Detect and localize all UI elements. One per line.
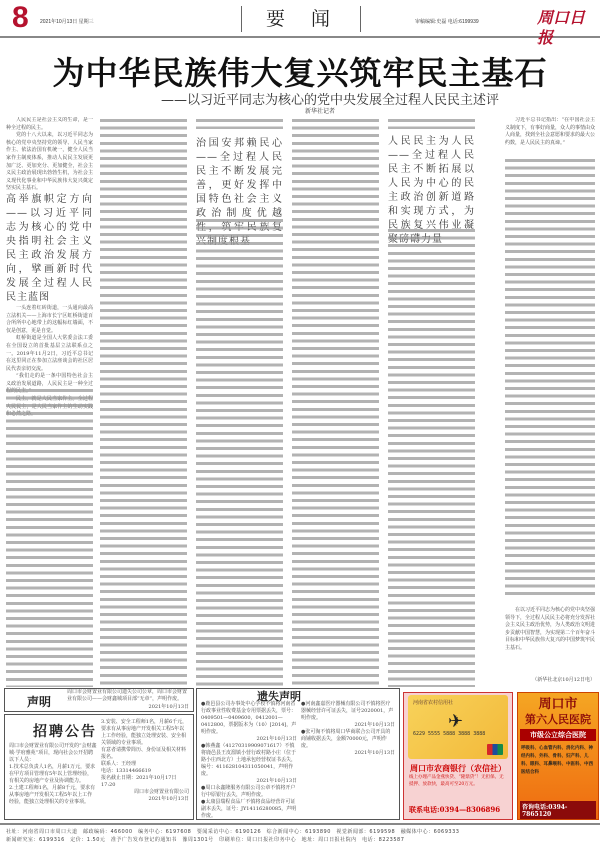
recruitment-item: 2.土建工程师1名，月薪8千元，要求有从事房地产开发相关工程5年以上工作经验，能… [9, 785, 97, 806]
text-block [100, 117, 187, 687]
text-block [196, 117, 283, 129]
recruitment-deadline: 报名截止日期：2021年10月17日17:20 [101, 775, 189, 789]
recruitment-right: 3.安装、安全工程师1名，月薪6千元，要求有从事房地产开发相关工程5年以上工作经… [101, 719, 189, 803]
lost-entry: ●张可淘不慎将周口华商联合公司开具的商铺收据丢失，金额70000元，声明作废。 [301, 729, 395, 750]
statement-date: 2021年10月13日 [149, 704, 189, 711]
lost-notices: 遗失声明 ●鹿邑县公司办事处中心学校不慎将河南省行政事业性收费基金专用票据丢失，… [196, 688, 400, 820]
article-column-4 [292, 117, 379, 687]
statement-body: 周口市会财置业有限公司遗失公司公章，周口市会财置业有限公司——会财鑫城项目部“无… [67, 689, 189, 703]
hospital-departments: 呼吸科、心血管内科、消化内科、神经内科、外科、骨科、妇产科、儿科、眼科、耳鼻喉科… [521, 745, 595, 777]
text-block [196, 217, 283, 687]
bank-name: 周口市农商银行（农信社） [404, 763, 512, 774]
article-title: 为中华民族伟大复兴筑牢民主基石 [0, 48, 600, 94]
editor-info: 审稿编辑:史磊 电话:6199939 [415, 18, 479, 25]
paper-logo: 周口日报 [537, 8, 600, 48]
text-block [388, 227, 475, 687]
text-block [6, 387, 93, 687]
lost-entry: ●鹿邑县公司办事处中心学校不慎将河南省行政事业性收费基金专用票据丢失，票号：04… [201, 701, 297, 736]
paragraph: 习近平总书记指出：“在中国社会主义制度下，有事好商量，众人的事情由众人商量，找到… [505, 117, 595, 147]
recruitment-left: 周口市会财置业有限公司开发的“会财鑫城·学府雅苑”项目，现向社会公开招聘以下人员… [9, 743, 97, 806]
recruitment-notice: 招聘公告 周口市会财置业有限公司开发的“会财鑫城·学府雅苑”项目，现向社会公开招… [4, 714, 194, 820]
card-bank-name: 河南省农村信用社 [413, 699, 453, 706]
page-footer: 社址：河南省周口市周口大道 邮政编码：466000 编务中心：6197608 要… [0, 823, 600, 847]
dateline: （新华社北京10月12日电） [505, 677, 595, 685]
hospital-name: 第六人民医院 [518, 711, 598, 727]
article-column-1: 人民民主是社会主义的生命，是一种全过程的民主。 党的十八大以来，以习近平同志为核… [6, 117, 93, 687]
swallow-icon: ✈ [448, 711, 463, 732]
footer-line-1: 社址：河南省周口市周口大道 邮政编码：466000 编务中心：6197608 要… [6, 828, 594, 836]
recruitment-item: 3.安装、安全工程师1名，月薪6千元，要求有从事房地产开发相关工程5年以上工作经… [101, 719, 189, 747]
unionpay-logo-icon [487, 744, 503, 755]
bank-slogan: 线上办理产品金燕快贷、“隆鼎贷”！无担保、无抵押、放款快，最高可至20万元。 [409, 774, 507, 788]
recruitment-phone: 电话：13314466619 [101, 768, 189, 775]
hospital-tag: 市级公立综合医院 [520, 729, 596, 741]
section-title: 要闻 [241, 6, 361, 32]
paragraph: 人民民主是社会主义的生命，是一种全过程的民主。 [6, 117, 93, 132]
bank-ad: 河南省农村信用社 ✈ 6229 5555 5888 3888 3888 周口市农… [403, 692, 513, 820]
bank-card-image: 河南省农村信用社 ✈ 6229 5555 5888 3888 3888 [408, 695, 508, 759]
article-column-6: 习近平总书记指出：“在中国社会主义制度下，有事好商量，众人的事情由众人商量，找到… [505, 117, 595, 687]
lost-notices-left: ●鹿邑县公司办事处中心学校不慎将河南省行政事业性收费基金专用票据丢失，票号：04… [201, 701, 297, 820]
hospital-ad: 周口市 第六人民医院 市级公立综合医院 呼吸科、心血管内科、消化内科、神经内科、… [517, 692, 599, 820]
paragraph: 在以习近平同志为核心的党中央坚强领导下，全过程人民民主必将充分发挥社会主义民主政… [505, 607, 595, 653]
bank-phone-label: 联系电话 [409, 805, 437, 814]
lost-notices-right: ●河南鑫嘉医疗器械有限公司不慎将医疗器械经营许可证丢失，证号2020001，声明… [301, 701, 395, 757]
card-number: 6229 5555 5888 3888 3888 [413, 731, 485, 737]
footer-line-2: 新闻研究室：6199316 定价：1.50元 准予广告发布登记的通知书 豫周13… [6, 836, 594, 844]
lost-entry-date: 2021年10月13日 [301, 750, 395, 757]
recruitment-item: 1.技术总负责人1名，月薪1万元，要求在甲方项目管理有5年以上管理经验，有相关的… [9, 764, 97, 785]
bank-phone: 0394—8306896 [440, 805, 501, 814]
lost-entry-date: 2021年10月13日 [201, 736, 297, 743]
subhead: 高举旗帜定方向——以习近平同志为核心的党中央指明社会主义民主政治发展方向，擘画新… [6, 193, 93, 305]
recruitment-company: 周口市会财置业有限公司 [101, 789, 189, 796]
lost-entry: ●河南鑫嘉医疗器械有限公司不慎将医疗器械经营许可证丢失，证号2020001，声明… [301, 701, 395, 722]
lost-entry-date: 2021年10月13日 [201, 778, 297, 785]
paragraph: 一头连着红砖街道，一头通向最高立法机关——上海市长宁区虹桥街道百合所所中心地带上… [6, 305, 93, 335]
bank-phone-row: 联系电话:0394—8306896 [409, 805, 500, 815]
lost-entry: ●太康县瑞程食品厂不慎将食品经营许可证副本丢失，证号：JY14116280085… [201, 799, 297, 820]
recruitment-contact: 联系人：王经理 [101, 761, 189, 768]
issue-date: 2021年10月13日 星期三 [40, 18, 94, 25]
hospital-city: 周口市 [518, 693, 598, 712]
article-byline: 新华社记者 [0, 106, 600, 115]
paragraph: 虹桥街道是全国人大常委会法工委在全国设立的首批基层立法联系点之一。2019年11… [6, 335, 93, 373]
page-header: 8 2021年10月13日 星期三 要闻 审稿编辑:史磊 电话:6199939 … [0, 0, 600, 38]
recruitment-date: 2021年10月13日 [101, 796, 189, 803]
recruitment-note: 有意者请携带简历、身份证及相关材料报名。 [101, 747, 189, 761]
statement-title: 声明 [27, 693, 51, 710]
text-block [388, 117, 475, 129]
statement-notice: 声明 周口市会财置业有限公司遗失公司公章，周口市会财置业有限公司——会财鑫城项目… [4, 688, 194, 712]
lost-entry: ●韩燕鑫（41270319909071617）不慎将鹿邑县王皮溜镇小营行政村路小… [201, 743, 297, 778]
article-column-5: 人民民主为人民——全过程人民民主不断拓展以人民为中心的民主政治创新道路和实现方式… [388, 117, 475, 687]
hospital-phone-label: 咨询电话 [522, 804, 546, 811]
paragraph: 党的十八大以来，以习近平同志为核心的党中央坚持党的领导、人民当家作主、依法治国有… [6, 132, 93, 193]
text-block [505, 157, 595, 597]
lost-entry-date: 2021年10月13日 [301, 722, 395, 729]
text-block [292, 117, 379, 687]
recruitment-title: 招聘公告 [33, 721, 97, 741]
article-column-3: 治国安邦赖民心——全过程人民民主不断发展完善，更好发挥中国特色社会主义政治制度优… [196, 117, 283, 687]
recruitment-intro: 周口市会财置业有限公司开发的“会财鑫城·学府雅苑”项目，现向社会公开招聘以下人员… [9, 743, 97, 764]
lost-entry: ●周口永鑫隆服务有限公司公章不慎将开户行中原银行丢失，声明作废。 [201, 785, 297, 799]
page-number: 8 [12, 2, 29, 34]
hospital-phone-row: 咨询电话:0394-7865120 [520, 801, 596, 819]
article-column-2 [100, 117, 187, 687]
